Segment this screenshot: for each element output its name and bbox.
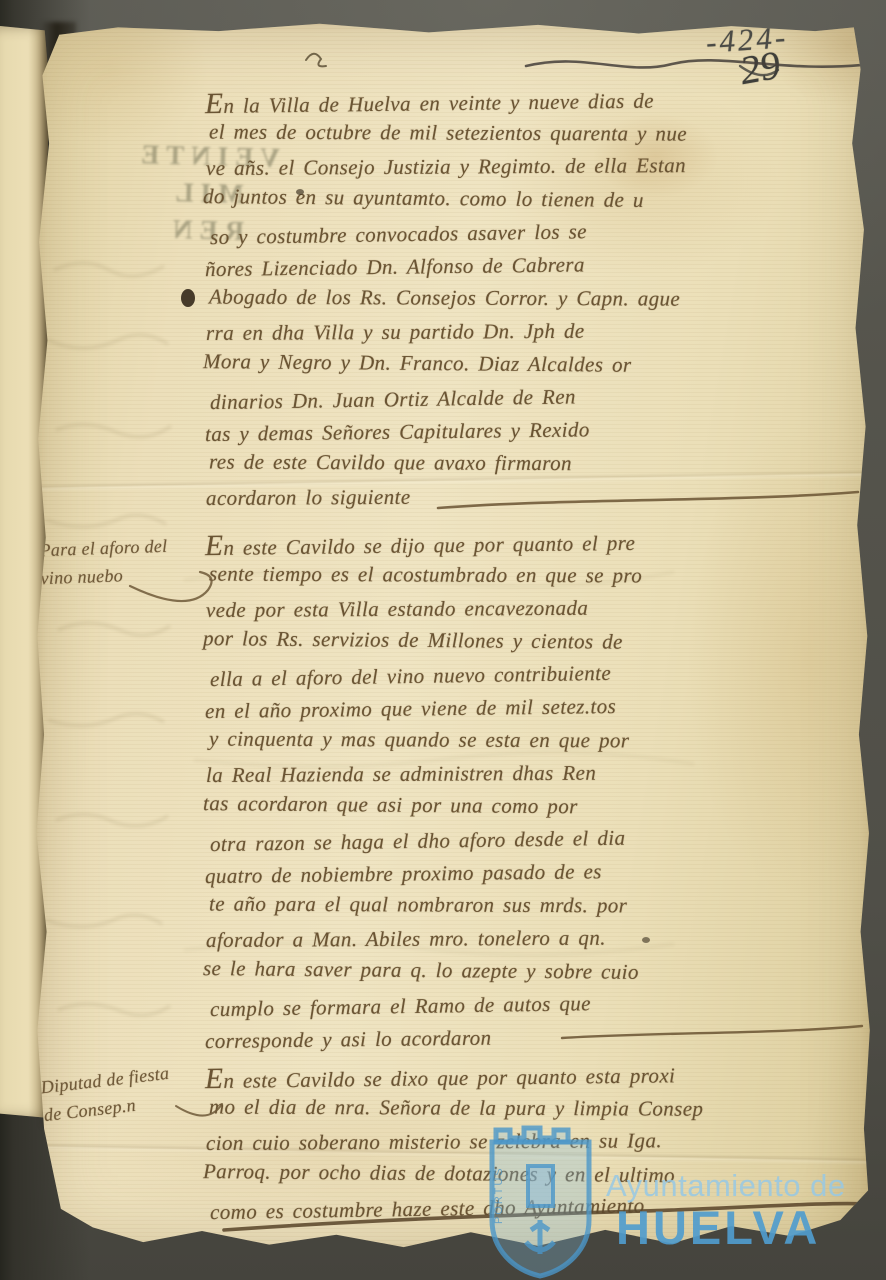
photograph-background-mat: VEINTEMILREN En la Vil — [0, 0, 886, 1280]
manuscript-line: acordaron lo siguiente — [206, 478, 874, 515]
manuscript-text: En la Villa de Huelva en veinte y nueve … — [205, 84, 873, 1224]
manuscript-line: En este Cavildo se dixo que por quanto e… — [205, 1055, 873, 1096]
manuscript-line: res de este Cavildo que avaxo firmaron — [209, 446, 877, 482]
manuscript-line: el mes de octubre de mil setezientos qua… — [209, 116, 877, 152]
margin-note-line: Para el aforo del — [39, 532, 168, 564]
manuscript-line: y cinquenta y mas quando se esta en que … — [209, 723, 877, 759]
rubric-flourish-top — [526, 60, 872, 67]
manuscript-line: sente tiempo es el acostumbrado en que s… — [209, 558, 877, 594]
folio-number-secondary: 29 — [736, 41, 784, 94]
margin-note-line: vino nuebo — [40, 560, 169, 592]
manuscript-line: Abogado de los Rs. Consejos Corror. y Ca… — [209, 281, 877, 317]
fiesta-concepcion-paragraph: En este Cavildo se dixo que por quanto e… — [205, 1059, 873, 1224]
manuscript-line: ñores Lizenciado Dn. Alfonso de Cabrera — [205, 245, 873, 286]
manuscript-line: corresponde y asi lo acordaron — [205, 1017, 873, 1058]
manuscript-line: mo el dia de nra. Señora de la pura y li… — [209, 1091, 877, 1127]
margin-note-aforo: Para el aforo delvino nuebo — [39, 532, 169, 592]
opening-session-paragraph: En la Villa de Huelva en veinte y nueve … — [205, 84, 873, 513]
manuscript-line: rra en dha Villa y su partido Dn. Jph de — [206, 313, 874, 350]
small-ink-mark — [306, 54, 326, 67]
manuscript-line: vede por esta Villa estando encavezonada — [206, 590, 874, 627]
manuscript-line: En este Cavildo se dijo que por quanto e… — [205, 522, 873, 563]
margin-note-diputados: Diputad de fiestade Consep.n — [39, 1059, 174, 1129]
manuscript-line: te año para el qual nombraron sus mrds. … — [209, 888, 877, 924]
manuscript-line: cion cuio soberano misterio se zelebra e… — [206, 1123, 874, 1160]
manuscript-line: quatro de nobiembre proximo pasado de es — [205, 852, 873, 893]
manuscript-page: VEINTEMILREN En la Vil — [34, 20, 874, 1252]
manuscript-line: la Real Hazienda se administren dhas Ren — [206, 755, 874, 792]
manuscript-line: ve añs. el Consejo Justizia y Regimto. d… — [206, 148, 874, 185]
manuscript-line: en el año proximo que viene de mil setez… — [205, 687, 873, 728]
manuscript-line: aforador a Man. Abiles mro. tonelero a q… — [206, 920, 874, 957]
aforo-del-vino-paragraph: En este Cavildo se dijo que por quanto e… — [205, 526, 873, 1054]
manuscript-line: como es costumbre haze este dho Ayuntami… — [210, 1186, 878, 1229]
manuscript-line: tas y demas Señores Capitulares y Rexido — [205, 410, 873, 451]
